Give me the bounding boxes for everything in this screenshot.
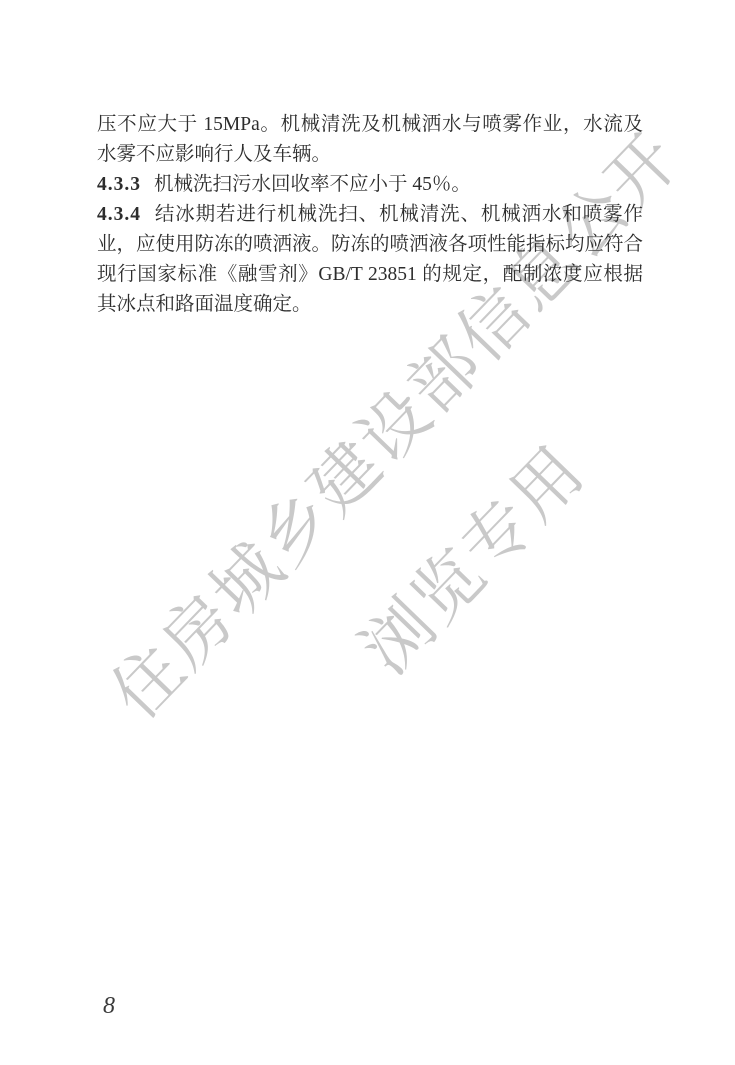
text-line: 压不应大于 15MPa。机械清洗及机械洒水与喷雾作业，水流及 (97, 110, 643, 140)
text-line: 现行国家标准《融雪剂》GB/T 23851 的规定，配制浓度应根据 (97, 260, 643, 290)
watermark-line-2: 浏览专用 (336, 420, 603, 692)
text-line: 4.3.3机械洗扫污水回收率不应小于 45％。 (97, 170, 643, 200)
document-page: 住房城乡建设部信息公开 浏览专用 压不应大于 15MPa。机械清洗及机械洒水与喷… (0, 0, 735, 1065)
text-line-content: 结冰期若进行机械洗扫、机械清洗、机械洒水和喷雾作 (154, 204, 643, 225)
text-line-content: 其冰点和路面温度确定。 (97, 294, 312, 315)
text-line-content: 机械洗扫污水回收率不应小于 45％。 (154, 174, 471, 195)
text-line: 水雾不应影响行人及车辆。 (97, 140, 643, 170)
text-line-content: 现行国家标准《融雪剂》GB/T 23851 的规定，配制浓度应根据 (97, 264, 643, 285)
page-number: 8 (103, 993, 115, 1020)
clause-number: 4.3.3 (97, 174, 141, 195)
document-body: 压不应大于 15MPa。机械清洗及机械洒水与喷雾作业，水流及 水雾不应影响行人及… (97, 110, 643, 320)
clause-number: 4.3.4 (97, 204, 141, 225)
text-line-content: 业，应使用防冻的喷洒液。防冻的喷洒液各项性能指标均应符合 (97, 234, 643, 255)
text-line: 4.3.4结冰期若进行机械洗扫、机械清洗、机械洒水和喷雾作 (97, 200, 643, 230)
text-line-content: 水雾不应影响行人及车辆。 (97, 144, 331, 165)
text-line: 其冰点和路面温度确定。 (97, 290, 643, 320)
text-line: 业，应使用防冻的喷洒液。防冻的喷洒液各项性能指标均应符合 (97, 230, 643, 260)
text-line-content: 压不应大于 15MPa。机械清洗及机械洒水与喷雾作业，水流及 (97, 114, 643, 135)
